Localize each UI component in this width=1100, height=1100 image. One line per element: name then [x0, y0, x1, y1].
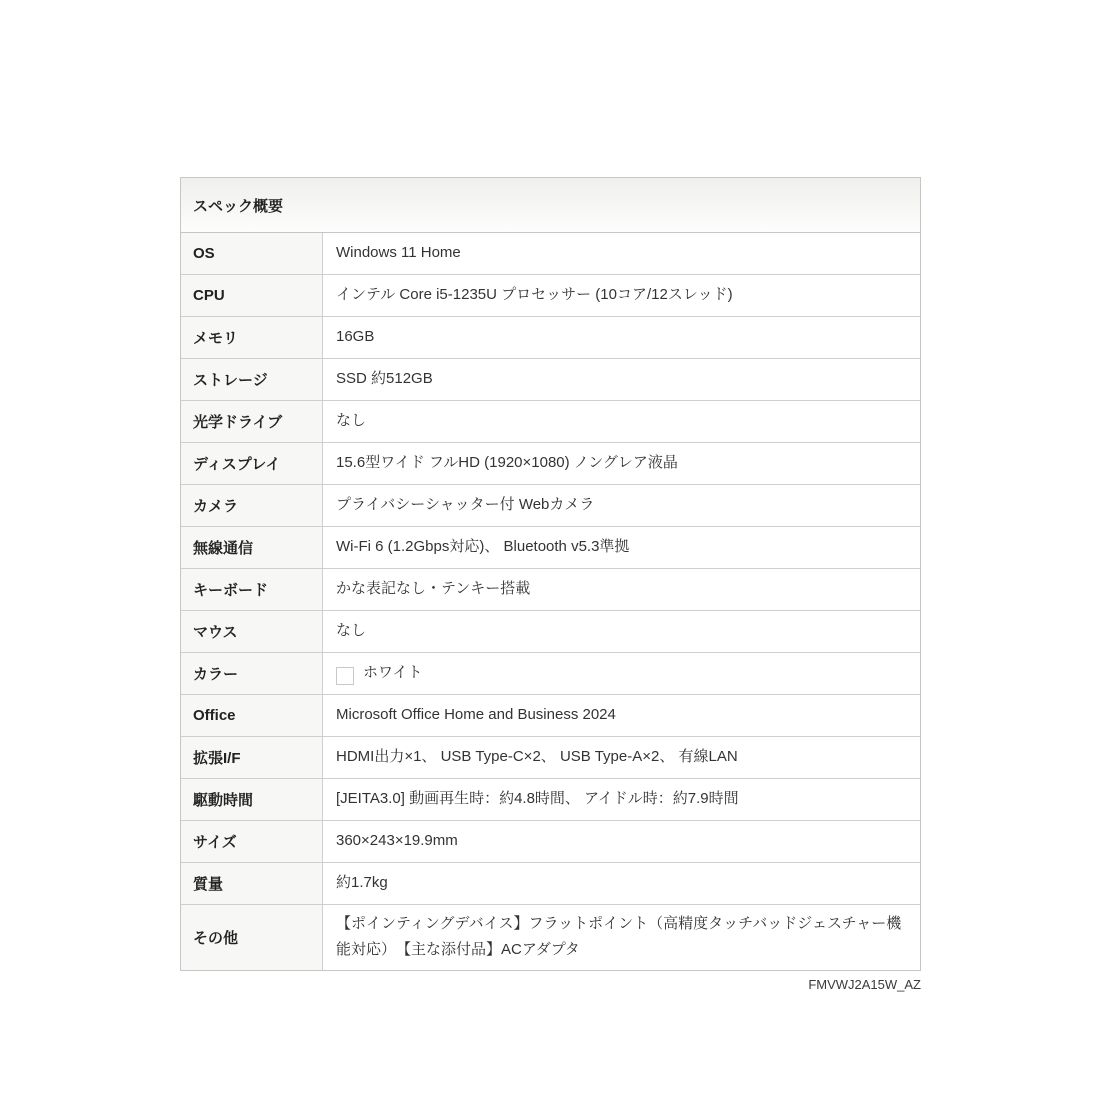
spec-label-office: Office	[181, 695, 323, 736]
spec-label-cpu: CPU	[181, 275, 323, 316]
spec-value-weight: 約1.7kg	[323, 863, 920, 904]
table-row-expansion: 拡張I/F HDMI出力×1、 USB Type-C×2、 USB Type-A…	[181, 737, 920, 779]
spec-label-other: その他	[181, 905, 323, 970]
table-row-camera: カメラ プライバシーシャッター付 Webカメラ	[181, 485, 920, 527]
spec-value-office: Microsoft Office Home and Business 2024	[323, 695, 920, 736]
table-title: スペック概要	[181, 178, 920, 233]
spec-value-other: 【ポインティングデバイス】フラットポイント（高精度タッチバッドジェスチャー機能対…	[323, 905, 920, 970]
spec-label-optical-drive: 光学ドライブ	[181, 401, 323, 442]
spec-label-weight: 質量	[181, 863, 323, 904]
spec-label-keyboard: キーボード	[181, 569, 323, 610]
table-row-storage: ストレージ SSD 約512GB	[181, 359, 920, 401]
spec-label-expansion: 拡張I/F	[181, 737, 323, 778]
spec-value-display: 15.6型ワイド フルHD (1920×1080) ノングレア液晶	[323, 443, 920, 484]
spec-value-expansion: HDMI出力×1、 USB Type-C×2、 USB Type-A×2、 有線…	[323, 737, 920, 778]
spec-label-color: カラー	[181, 653, 323, 694]
model-number: FMVWJ2A15W_AZ	[180, 977, 921, 992]
table-row-size: サイズ 360×243×19.9mm	[181, 821, 920, 863]
spec-value-mouse: なし	[323, 611, 920, 652]
spec-value-wireless: Wi-Fi 6 (1.2Gbps対応)、 Bluetooth v5.3準拠	[323, 527, 920, 568]
spec-value-color: ホワイト	[323, 653, 920, 694]
table-row-office: Office Microsoft Office Home and Busines…	[181, 695, 920, 737]
spec-value-os: Windows 11 Home	[323, 233, 920, 274]
spec-value-camera: プライバシーシャッター付 Webカメラ	[323, 485, 920, 526]
white-color-swatch-icon	[336, 667, 354, 685]
spec-value-storage: SSD 約512GB	[323, 359, 920, 400]
table-row-os: OS Windows 11 Home	[181, 233, 920, 275]
table-row-color: カラー ホワイト	[181, 653, 920, 695]
spec-table: スペック概要 OS Windows 11 Home CPU インテル Core …	[180, 177, 921, 971]
table-row-mouse: マウス なし	[181, 611, 920, 653]
spec-value-memory: 16GB	[323, 317, 920, 358]
spec-label-mouse: マウス	[181, 611, 323, 652]
spec-value-size: 360×243×19.9mm	[323, 821, 920, 862]
table-row-cpu: CPU インテル Core i5-1235U プロセッサー (10コア/12スレ…	[181, 275, 920, 317]
table-row-battery-life: 駆動時間 [JEITA3.0] 動画再生時：約4.8時間、 アイドル時：約7.9…	[181, 779, 920, 821]
spec-label-camera: カメラ	[181, 485, 323, 526]
spec-label-os: OS	[181, 233, 323, 274]
spec-value-cpu: インテル Core i5-1235U プロセッサー (10コア/12スレッド)	[323, 275, 920, 316]
table-row-wireless: 無線通信 Wi-Fi 6 (1.2Gbps対応)、 Bluetooth v5.3…	[181, 527, 920, 569]
spec-value-optical-drive: なし	[323, 401, 920, 442]
table-row-display: ディスプレイ 15.6型ワイド フルHD (1920×1080) ノングレア液晶	[181, 443, 920, 485]
color-value-text: ホワイト	[363, 660, 423, 686]
spec-label-display: ディスプレイ	[181, 443, 323, 484]
spec-label-memory: メモリ	[181, 317, 323, 358]
table-row-weight: 質量 約1.7kg	[181, 863, 920, 905]
table-row-memory: メモリ 16GB	[181, 317, 920, 359]
spec-label-battery-life: 駆動時間	[181, 779, 323, 820]
table-row-keyboard: キーボード かな表記なし・テンキー搭載	[181, 569, 920, 611]
table-row-other: その他 【ポインティングデバイス】フラットポイント（高精度タッチバッドジェスチャ…	[181, 905, 920, 970]
spec-label-storage: ストレージ	[181, 359, 323, 400]
spec-label-wireless: 無線通信	[181, 527, 323, 568]
spec-value-battery-life: [JEITA3.0] 動画再生時：約4.8時間、 アイドル時：約7.9時間	[323, 779, 920, 820]
spec-label-size: サイズ	[181, 821, 323, 862]
spec-value-keyboard: かな表記なし・テンキー搭載	[323, 569, 920, 610]
table-row-optical-drive: 光学ドライブ なし	[181, 401, 920, 443]
